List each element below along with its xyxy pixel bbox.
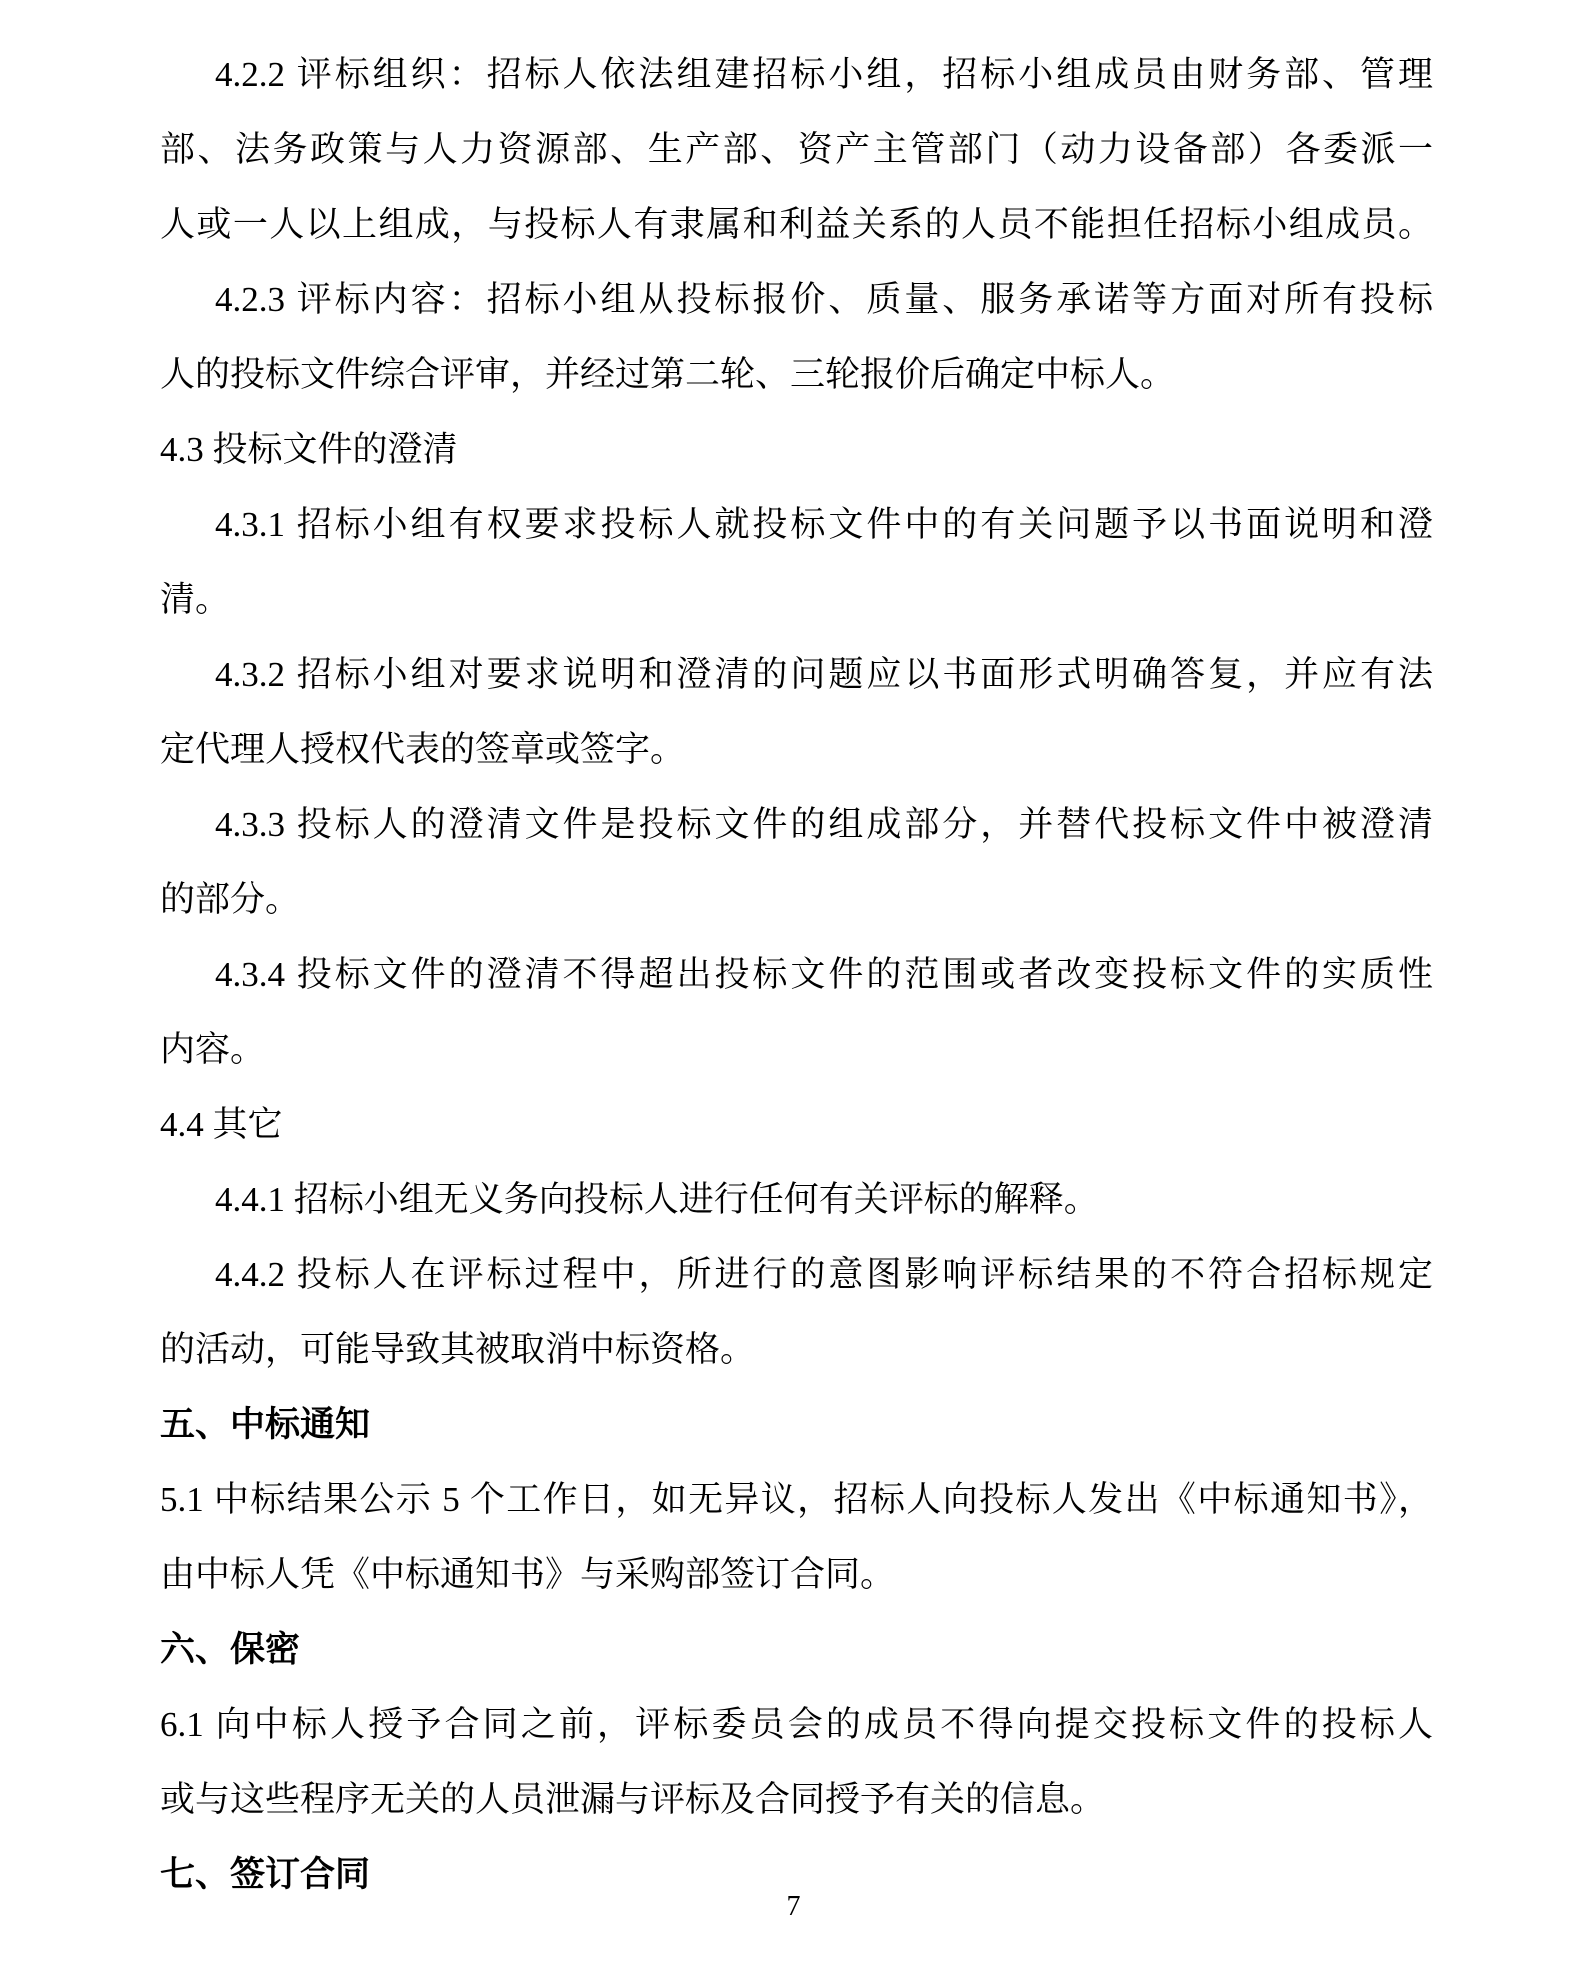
text-line: 4.2.2 评标组织：招标人依法组建招标小组，招标小组成员由财务部、管理 bbox=[160, 37, 1433, 112]
text-line: 内容。 bbox=[160, 1012, 1433, 1087]
subsection-heading-4-3: 4.3 投标文件的澄清 bbox=[160, 412, 1433, 487]
paragraph-5-1: 5.1 中标结果公示 5 个工作日，如无异议，招标人向投标人发出《中标通知书》，… bbox=[160, 1462, 1433, 1612]
subsection-heading-4-4: 4.4 其它 bbox=[160, 1087, 1433, 1162]
paragraph-4-4-1: 4.4.1 招标小组无义务向投标人进行任何有关评标的解释。 bbox=[160, 1162, 1433, 1237]
text-line: 6.1 向中标人授予合同之前，评标委员会的成员不得向提交投标文件的投标人 bbox=[160, 1687, 1433, 1762]
text-line: 4.3.1 招标小组有权要求投标人就投标文件中的有关问题予以书面说明和澄 bbox=[160, 487, 1433, 562]
text-line: 定代理人授权代表的签章或签字。 bbox=[160, 712, 1433, 787]
paragraph-4-3-3: 4.3.3 投标人的澄清文件是投标文件的组成部分，并替代投标文件中被澄清 的部分… bbox=[160, 787, 1433, 937]
text-line: 4.3.4 投标文件的澄清不得超出投标文件的范围或者改变投标文件的实质性 bbox=[160, 937, 1433, 1012]
paragraph-4-3-2: 4.3.2 招标小组对要求说明和澄清的问题应以书面形式明确答复，并应有法 定代理… bbox=[160, 637, 1433, 787]
section-heading-5: 五、中标通知 bbox=[160, 1387, 1433, 1462]
text-line: 4.4.1 招标小组无义务向投标人进行任何有关评标的解释。 bbox=[160, 1162, 1433, 1237]
document-page: 4.2.2 评标组织：招标人依法组建招标小组，招标小组成员由财务部、管理 部、法… bbox=[0, 0, 1587, 1976]
text-line: 4.2.3 评标内容：招标小组从投标报价、质量、服务承诺等方面对所有投标 bbox=[160, 262, 1433, 337]
text-line: 5.1 中标结果公示 5 个工作日，如无异议，招标人向投标人发出《中标通知书》， bbox=[160, 1462, 1433, 1537]
text-line: 4.3.2 招标小组对要求说明和澄清的问题应以书面形式明确答复，并应有法 bbox=[160, 637, 1433, 712]
paragraph-4-3-4: 4.3.4 投标文件的澄清不得超出投标文件的范围或者改变投标文件的实质性 内容。 bbox=[160, 937, 1433, 1087]
text-line: 的活动，可能导致其被取消中标资格。 bbox=[160, 1312, 1433, 1387]
document-body: 4.2.2 评标组织：招标人依法组建招标小组，招标小组成员由财务部、管理 部、法… bbox=[160, 37, 1433, 1912]
text-line: 人的投标文件综合评审，并经过第二轮、三轮报价后确定中标人。 bbox=[160, 337, 1433, 412]
paragraph-4-3-1: 4.3.1 招标小组有权要求投标人就投标文件中的有关问题予以书面说明和澄 清。 bbox=[160, 487, 1433, 637]
paragraph-4-2-3: 4.2.3 评标内容：招标小组从投标报价、质量、服务承诺等方面对所有投标 人的投… bbox=[160, 262, 1433, 412]
text-line: 4.4.2 投标人在评标过程中，所进行的意图影响评标结果的不符合招标规定 bbox=[160, 1237, 1433, 1312]
paragraph-4-2-2: 4.2.2 评标组织：招标人依法组建招标小组，招标小组成员由财务部、管理 部、法… bbox=[160, 37, 1433, 262]
text-line: 清。 bbox=[160, 562, 1433, 637]
page-number: 7 bbox=[0, 1890, 1587, 1923]
paragraph-4-4-2: 4.4.2 投标人在评标过程中，所进行的意图影响评标结果的不符合招标规定 的活动… bbox=[160, 1237, 1433, 1387]
text-line: 或与这些程序无关的人员泄漏与评标及合同授予有关的信息。 bbox=[160, 1762, 1433, 1837]
text-line: 的部分。 bbox=[160, 862, 1433, 937]
text-line: 由中标人凭《中标通知书》与采购部签订合同。 bbox=[160, 1537, 1433, 1612]
text-line: 人或一人以上组成，与投标人有隶属和利益关系的人员不能担任招标小组成员。 bbox=[160, 187, 1433, 262]
section-heading-6: 六、保密 bbox=[160, 1612, 1433, 1687]
paragraph-6-1: 6.1 向中标人授予合同之前，评标委员会的成员不得向提交投标文件的投标人 或与这… bbox=[160, 1687, 1433, 1837]
text-line: 4.3.3 投标人的澄清文件是投标文件的组成部分，并替代投标文件中被澄清 bbox=[160, 787, 1433, 862]
text-line: 部、法务政策与人力资源部、生产部、资产主管部门（动力设备部）各委派一 bbox=[160, 112, 1433, 187]
